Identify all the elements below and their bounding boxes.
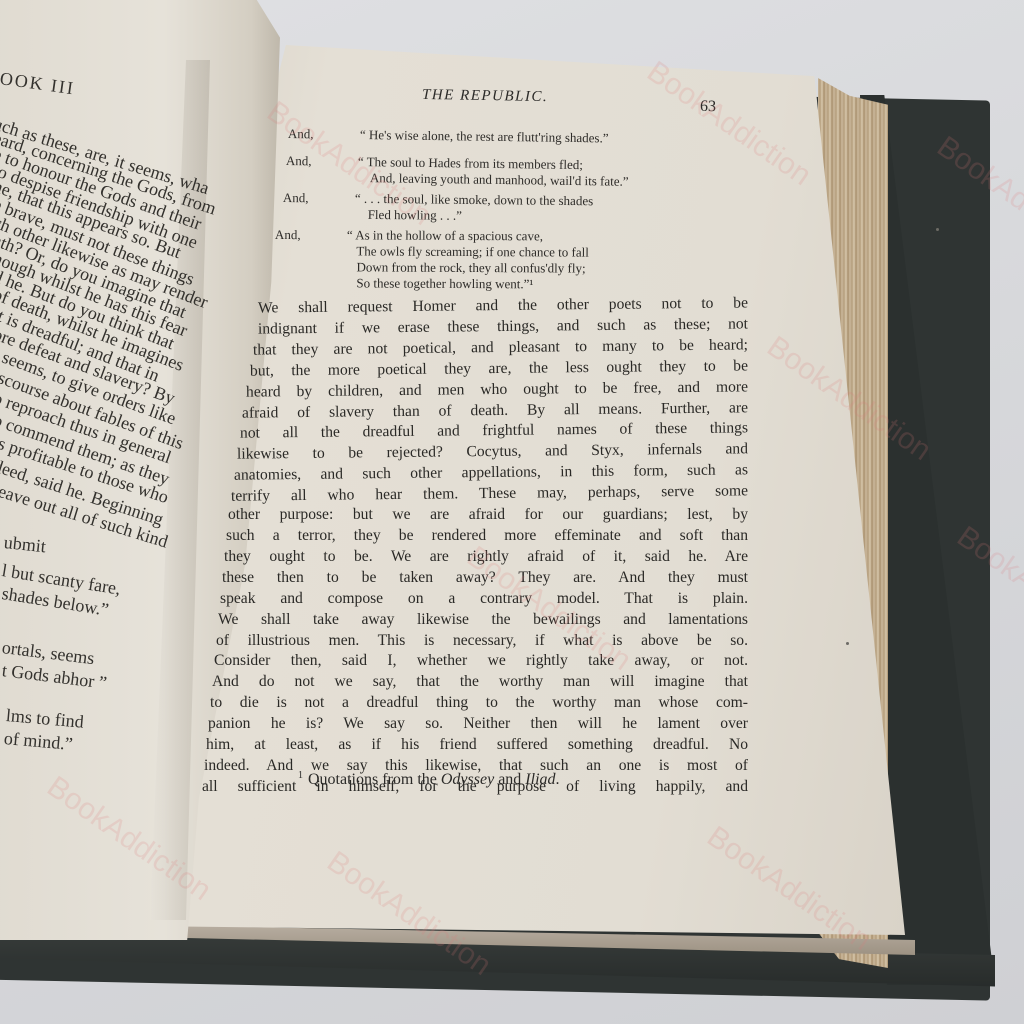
- footnote: 1Quotations from the Odyssey and Iliad.: [298, 770, 560, 789]
- prose-block: We shall request Homer and the other poe…: [228, 296, 748, 798]
- footnote-text: .: [556, 771, 560, 788]
- footnote-text: Quotations from the: [308, 771, 441, 788]
- left-verse-line: ubmit: [3, 532, 47, 557]
- footnote-work-iliad: Iliad: [525, 771, 555, 788]
- prose-line: of illustrious men. This is necessary, i…: [216, 631, 748, 652]
- footnote-work-odyssey: Odyssey: [441, 771, 494, 788]
- prose-line: such a terror, they be rendered more eff…: [226, 526, 748, 547]
- prose-line: to die is not a dreadful thing to the wo…: [210, 693, 748, 714]
- paper-speck: [846, 642, 849, 645]
- prose-line: these then to be taken away? They are. A…: [222, 568, 748, 589]
- footnote-text: and: [494, 771, 525, 788]
- verse-line: “ As in the hollow of a spacious cave,: [347, 227, 543, 244]
- prose-line: We shall take away likewise the bewailin…: [218, 610, 748, 631]
- verse-line: The owls fly screaming; if one chance to…: [347, 243, 589, 260]
- prose-line: him, at least, as if his friend suffered…: [206, 735, 748, 756]
- surface-speck: [936, 228, 939, 231]
- prose-line: terrify all who hear them. These may, pe…: [231, 481, 748, 507]
- verse-label: And,: [283, 190, 309, 206]
- verse-label: And,: [288, 126, 314, 142]
- prose-line: And do not we say, that the worthy man w…: [212, 672, 748, 693]
- verse-label: And,: [275, 227, 301, 243]
- prose-line: speak and compose on a contrary model. T…: [220, 589, 748, 610]
- prose-line: Consider then, said I, whether we rightl…: [214, 651, 748, 672]
- prose-line: other purpose: but we are afraid for our…: [228, 505, 748, 526]
- prose-line: panion he is? We say so. Neither then wi…: [208, 714, 748, 735]
- left-prose-block: uch as these, are, it seems, wha eard, c…: [0, 70, 227, 590]
- prose-line: they ought to be. We are rightly afraid …: [224, 547, 748, 568]
- verse-label: And,: [286, 153, 312, 169]
- verse-line: Fled howling . . .”: [355, 207, 462, 224]
- running-head: THE REPUBLIC.: [422, 87, 548, 106]
- verse-line: So these together howling went.”¹: [347, 275, 534, 292]
- verse-line: Down from the rock, they all confus'dly …: [347, 259, 586, 276]
- page-number: 63: [700, 98, 717, 117]
- footnote-marker: 1: [298, 770, 303, 781]
